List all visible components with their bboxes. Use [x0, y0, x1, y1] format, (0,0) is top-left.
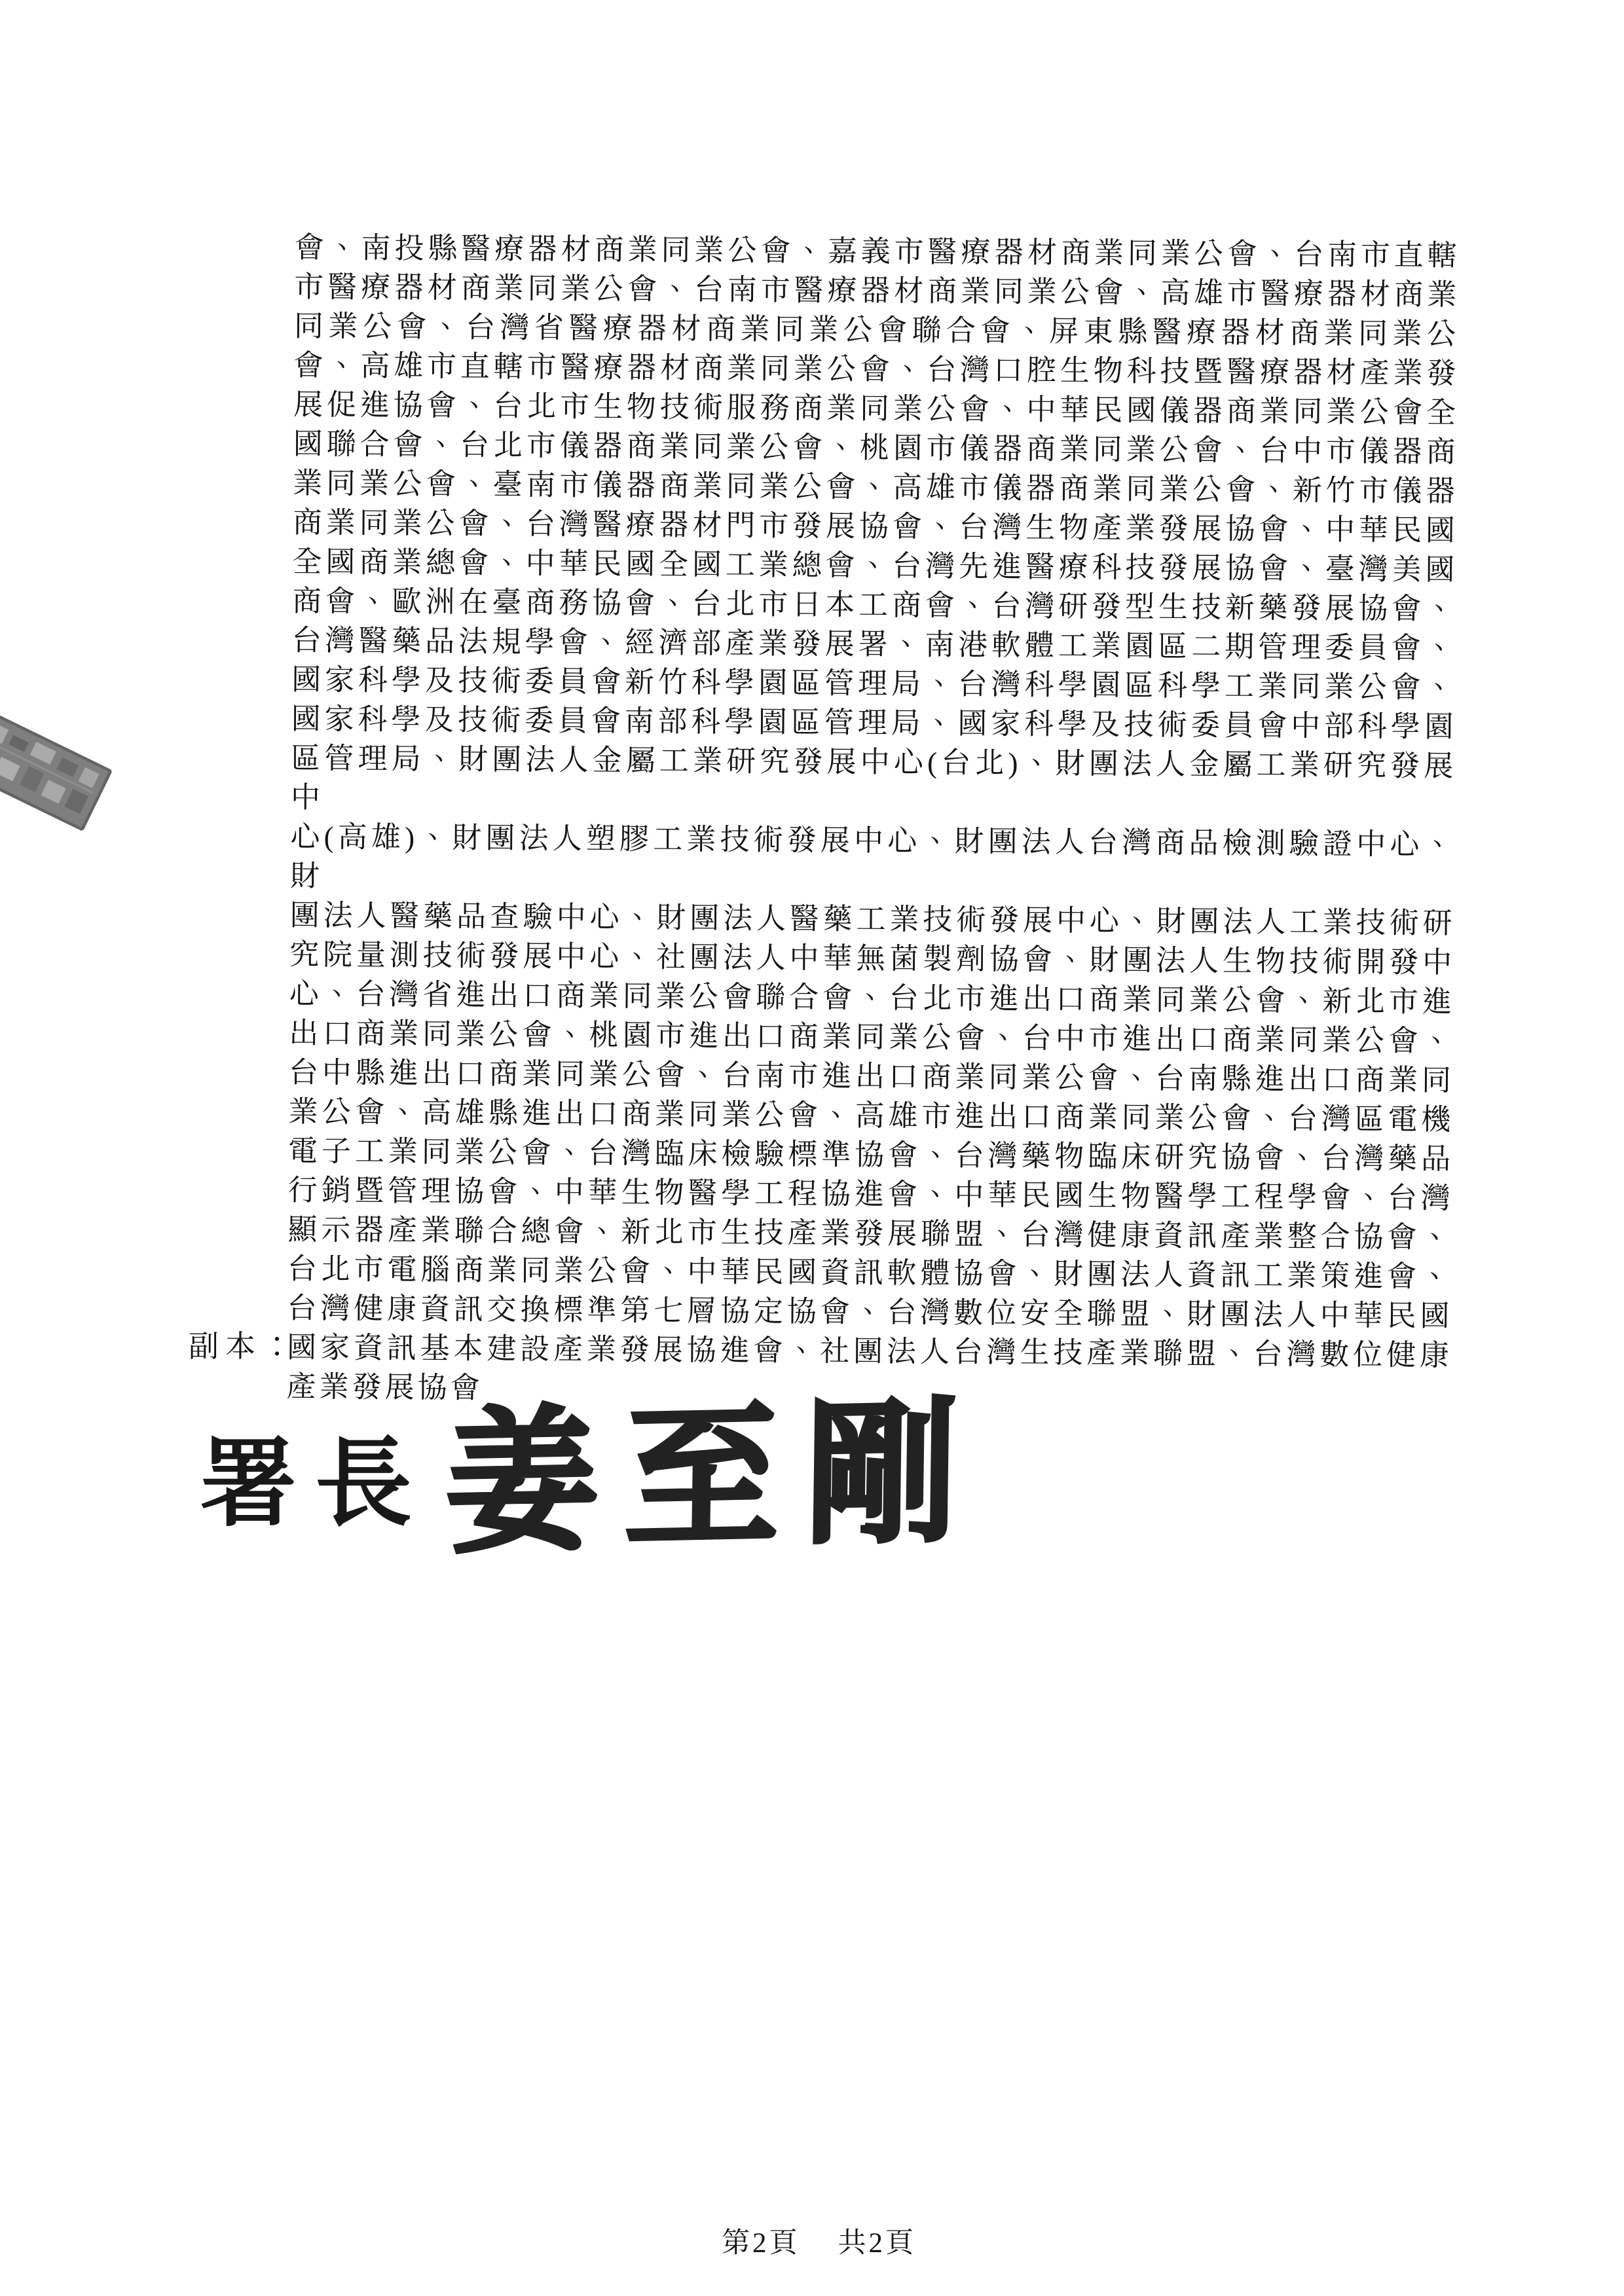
cc-list-line: 區管理局、財團法人金屬工業研究發展中心(台北)、財團法人金屬工業研究發展中 — [291, 738, 1457, 825]
footer-total-pages: 共2頁 — [838, 2228, 917, 2259]
cc-organizations-list: 會、南投縣醫療器材商業同業公會、嘉義市醫療器材商業同業公會、台南市直轄市醫療器材… — [286, 228, 1460, 1414]
page-footer: 第2頁共2頁 — [722, 2221, 916, 2261]
copy-section-label: 副本： — [189, 1322, 299, 1366]
signature-name: 姜至剛 — [443, 1349, 987, 1581]
footer-page-number: 第2頁 — [722, 2228, 800, 2259]
ink-stamp-icon — [0, 708, 113, 835]
document-page: 會、南投縣醫療器材商業同業公會、嘉義市醫療器材商業同業公會、台南市直轄市醫療器材… — [0, 0, 1624, 2296]
cc-list-line: 心(高雄)、財團法人塑膠工業技術發展中心、財團法人台灣商品檢測驗證中心、財 — [290, 817, 1456, 903]
signature-title: 署長 — [200, 1406, 430, 1545]
